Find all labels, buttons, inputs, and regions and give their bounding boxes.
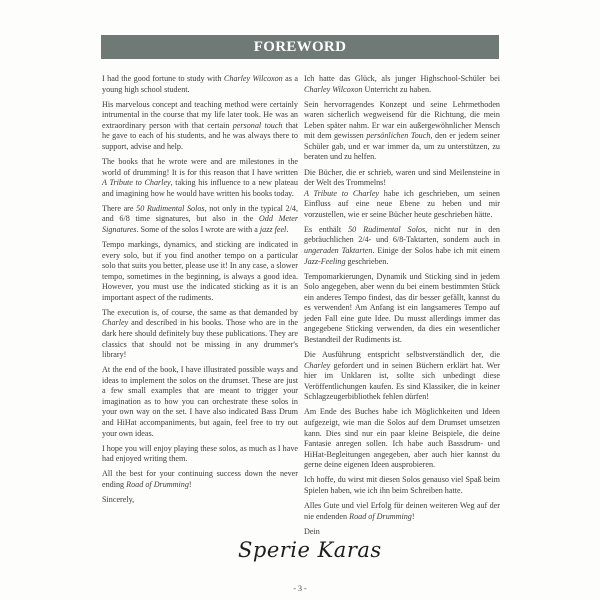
- paragraph: I had the good fortune to study with Cha…: [102, 74, 298, 95]
- paragraph: Tempo markings, dynamics, and sticking a…: [102, 240, 298, 303]
- foreword-header-bar: FOREWORD: [101, 35, 499, 59]
- paragraph: There are 50 Rudimental Solos, not only …: [102, 204, 298, 236]
- page-number: - 3 -: [0, 584, 600, 593]
- paragraph: Es enthält 50 Rudimental Solos, nicht nu…: [304, 225, 500, 267]
- paragraph: At the end of the book, I have illustrat…: [102, 365, 298, 439]
- english-column: I had the good fortune to study with Cha…: [102, 74, 298, 510]
- author-signature: Sperie Karas: [238, 538, 382, 562]
- paragraph: The books that he wrote were and are mil…: [102, 157, 298, 199]
- paragraph: Am Ende des Buches habe ich Möglichkeite…: [304, 407, 500, 470]
- paragraph: Die Bücher, die er schrieb, waren und si…: [304, 168, 500, 189]
- paragraph: His marvelous concept and teaching metho…: [102, 100, 298, 153]
- closing: Sincerely,: [102, 495, 298, 506]
- paragraph: Die Ausführung entspricht selbstverständ…: [304, 350, 500, 403]
- german-column: Ich hatte das Glück, als junger Highscho…: [304, 74, 500, 542]
- paragraph: The execution is, of course, the same as…: [102, 308, 298, 361]
- paragraph: Sein hervorragendes Konzept und seine Le…: [304, 100, 500, 163]
- paragraph: Ich hoffe, du wirst mit diesen Solos gen…: [304, 475, 500, 496]
- paragraph: Tempomarkierungen, Dynamik und Sticking …: [304, 272, 500, 346]
- paragraph: All the best for your continuing success…: [102, 469, 298, 490]
- paragraph: Ich hatte das Glück, als junger Highscho…: [304, 74, 500, 95]
- closing: Dein: [304, 527, 500, 538]
- paragraph: A Tribute to Charley habe ich geschriebe…: [304, 189, 500, 221]
- paragraph: Alles Gute und viel Erfolg für deinen we…: [304, 501, 500, 522]
- page-title: FOREWORD: [254, 39, 346, 56]
- paragraph: I hope you will enjoy playing these solo…: [102, 444, 298, 465]
